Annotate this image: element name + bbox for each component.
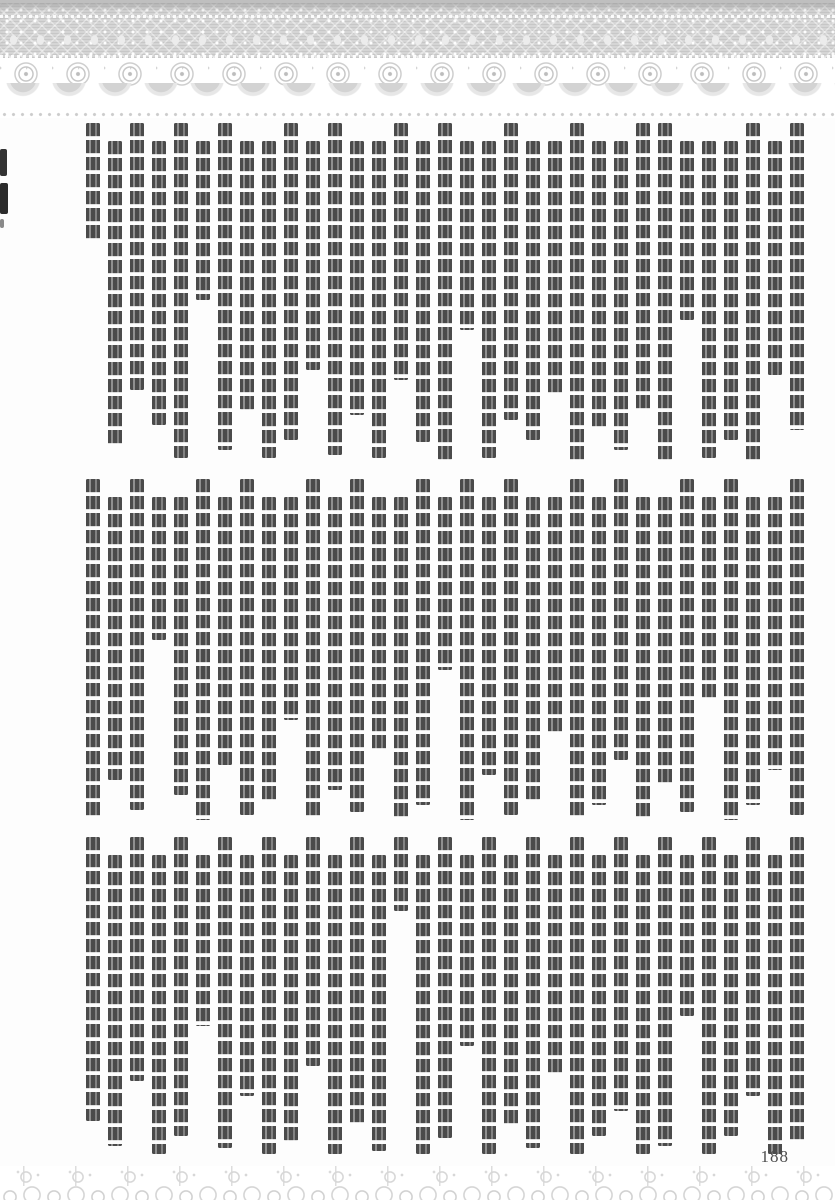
text-column-redacted	[196, 479, 210, 820]
text-column-redacted	[174, 123, 188, 458]
text-column-redacted	[482, 497, 496, 775]
text-column-redacted	[130, 479, 144, 810]
text-band-middle	[86, 479, 804, 830]
text-column-redacted	[526, 497, 540, 800]
text-column-redacted	[394, 837, 408, 911]
text-column-redacted	[86, 123, 100, 240]
text-column-redacted	[504, 855, 518, 1126]
text-column-redacted	[702, 141, 716, 458]
text-column-redacted	[108, 497, 122, 780]
text-column-redacted	[196, 141, 210, 300]
text-column-redacted	[592, 855, 606, 1136]
text-column-redacted	[460, 479, 474, 820]
lace-mesh-edge	[0, 1184, 835, 1200]
text-column-redacted	[350, 479, 364, 812]
text-column-redacted	[592, 497, 606, 805]
text-column-redacted	[416, 855, 430, 1154]
text-column-redacted	[482, 837, 496, 1154]
text-column-redacted	[86, 837, 100, 1121]
text-column-redacted	[394, 497, 408, 818]
lace-border-top	[0, 0, 835, 118]
text-column-redacted	[570, 837, 584, 1154]
text-column-redacted	[746, 837, 760, 1096]
text-column-redacted	[746, 123, 760, 462]
text-column-redacted	[680, 479, 694, 812]
text-column-redacted	[306, 479, 320, 818]
text-column-redacted	[174, 837, 188, 1136]
text-column-redacted	[790, 123, 804, 430]
text-column-redacted	[328, 123, 342, 455]
text-column-redacted	[86, 479, 100, 818]
scan-artifact	[0, 183, 8, 214]
text-column-redacted	[724, 855, 738, 1136]
text-column-redacted	[372, 855, 386, 1151]
text-column-redacted	[768, 855, 782, 1154]
text-column-redacted	[438, 837, 452, 1138]
lace-scallop-band	[0, 58, 835, 118]
text-column-redacted	[592, 141, 606, 430]
text-column-redacted	[636, 123, 650, 410]
lace-picot-dots	[0, 111, 835, 118]
text-column-redacted	[108, 141, 122, 445]
text-column-redacted	[262, 497, 276, 802]
text-column-redacted	[196, 855, 210, 1026]
text-column-redacted	[570, 123, 584, 462]
text-column-redacted	[130, 123, 144, 390]
text-column-redacted	[614, 837, 628, 1111]
text-column-redacted	[548, 855, 562, 1076]
text-column-redacted	[218, 497, 232, 765]
text-column-redacted	[614, 141, 628, 450]
text-column-redacted	[548, 497, 562, 735]
text-column-redacted	[438, 497, 452, 670]
text-column-redacted	[746, 497, 760, 805]
text-column-redacted	[702, 837, 716, 1154]
text-column-redacted	[636, 855, 650, 1154]
text-column-redacted	[130, 837, 144, 1081]
text-column-redacted	[790, 479, 804, 815]
text-column-redacted	[394, 123, 408, 380]
text-band-bottom	[86, 837, 804, 1166]
text-column-redacted	[218, 837, 232, 1148]
text-column-redacted	[306, 141, 320, 370]
text-column-redacted	[152, 855, 166, 1154]
text-column-redacted	[614, 479, 628, 760]
text-column-redacted	[350, 837, 364, 1126]
text-column-redacted	[680, 141, 694, 320]
text-column-redacted	[416, 141, 430, 442]
text-column-redacted	[570, 479, 584, 818]
lace-mesh-band	[0, 0, 835, 61]
text-column-redacted	[526, 141, 540, 440]
text-column-redacted	[152, 497, 166, 640]
text-column-redacted	[240, 855, 254, 1096]
text-column-redacted	[372, 497, 386, 750]
text-column-redacted	[240, 479, 254, 815]
text-column-redacted	[284, 855, 298, 1141]
text-column-redacted	[152, 141, 166, 425]
scanned-book-page: { "page": { "number": "188", "kind": "Ja…	[0, 0, 835, 1200]
text-column-redacted	[328, 497, 342, 790]
lace-border-bottom	[0, 1166, 835, 1200]
text-column-redacted	[504, 479, 518, 815]
text-column-redacted	[658, 497, 672, 785]
text-column-redacted	[790, 837, 804, 1141]
text-column-redacted	[482, 141, 496, 458]
text-column-redacted	[218, 123, 232, 450]
text-column-redacted	[240, 141, 254, 410]
text-column-redacted	[438, 123, 452, 460]
text-column-redacted	[350, 141, 364, 415]
text-column-redacted	[658, 837, 672, 1146]
lace-sprig-motifs	[0, 1166, 835, 1186]
text-column-redacted	[504, 123, 518, 420]
text-column-redacted	[702, 497, 716, 700]
text-column-redacted	[460, 855, 474, 1046]
text-column-redacted	[768, 141, 782, 375]
scan-artifact	[0, 149, 7, 176]
text-column-redacted	[548, 141, 562, 395]
text-column-redacted	[636, 497, 650, 818]
text-column-redacted	[416, 479, 430, 805]
page-number: 188	[761, 1147, 790, 1167]
text-column-redacted	[768, 497, 782, 770]
lace-scallop-edge	[0, 83, 835, 111]
text-column-redacted	[108, 855, 122, 1146]
text-column-redacted	[284, 123, 298, 440]
text-column-redacted	[372, 141, 386, 458]
text-column-redacted	[306, 837, 320, 1066]
text-column-redacted	[658, 123, 672, 460]
text-column-redacted	[262, 837, 276, 1154]
text-column-redacted	[680, 855, 694, 1016]
text-column-redacted	[262, 141, 276, 458]
text-column-redacted	[174, 497, 188, 795]
text-column-redacted	[724, 141, 738, 440]
text-column-redacted	[328, 855, 342, 1154]
text-band-top	[86, 123, 804, 470]
text-column-redacted	[284, 497, 298, 720]
text-column-redacted	[526, 837, 540, 1148]
scan-artifact	[0, 219, 4, 228]
text-column-redacted	[724, 479, 738, 820]
text-column-redacted	[460, 141, 474, 330]
